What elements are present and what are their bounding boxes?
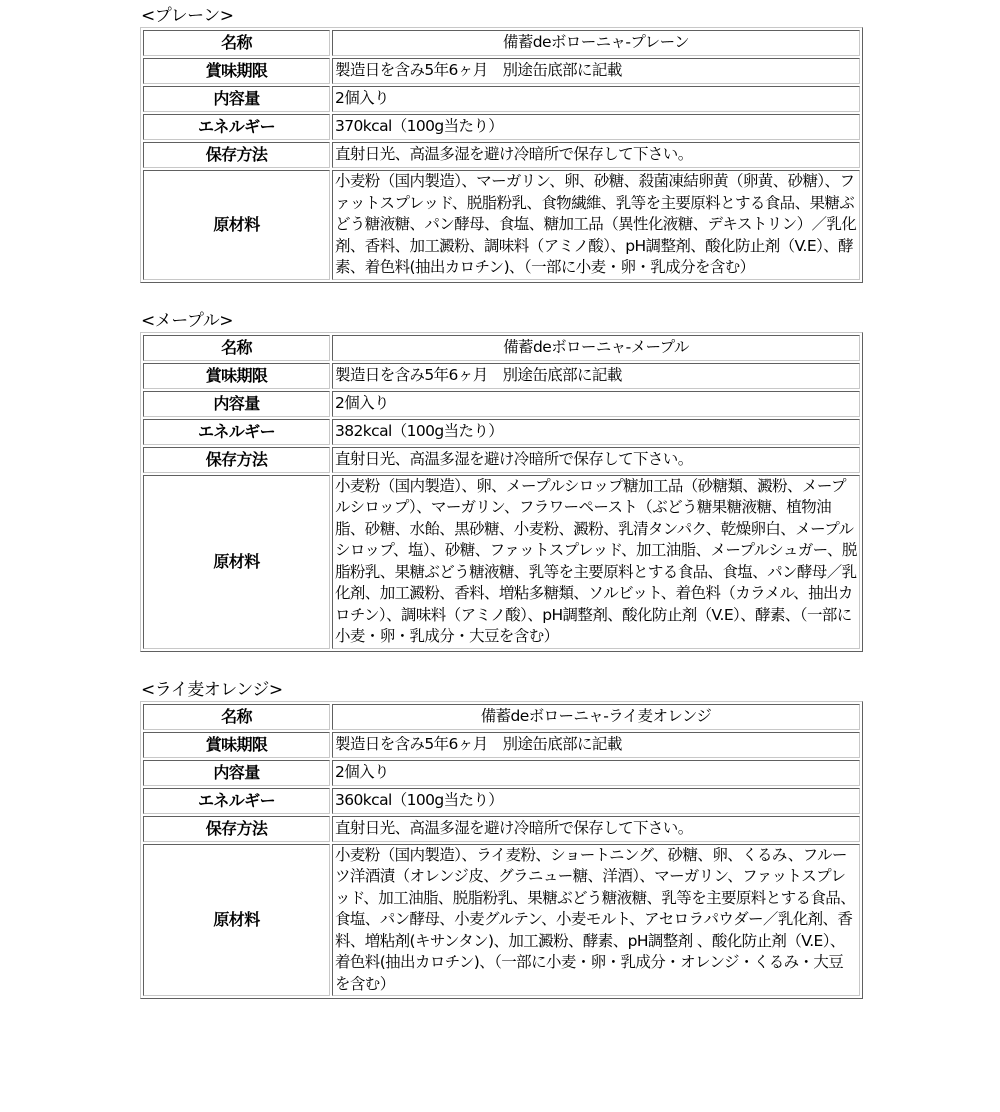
storage-value: 直射日光、高温多湿を避け冷暗所で保存して下さい。 xyxy=(332,816,860,842)
row-ingredients: 原材料 小麦粉（国内製造）、ライ麦粉、ショートニング、砂糖、卵、くるみ、フルーツ… xyxy=(143,844,860,997)
storage-value: 直射日光、高温多湿を避け冷暗所で保存して下さい。 xyxy=(332,142,860,168)
row-storage: 保存方法 直射日光、高温多湿を避け冷暗所で保存して下さい。 xyxy=(143,816,860,842)
row-best-before: 賞味期限 製造日を含み5年6ヶ月 別途缶底部に記載 xyxy=(143,58,860,84)
row-label: 内容量 xyxy=(143,391,330,417)
row-name: 名称 備蓄deボローニャ-プレーン xyxy=(143,30,860,56)
row-label: 保存方法 xyxy=(143,816,330,842)
row-label: 原材料 xyxy=(143,475,330,649)
ingredients-value: 小麦粉（国内製造）、ライ麦粉、ショートニング、砂糖、卵、くるみ、フルーツ洋酒漬（… xyxy=(332,844,860,997)
row-label: 内容量 xyxy=(143,86,330,112)
row-contents: 内容量 2個入り xyxy=(143,391,860,417)
section-title: <メープル> xyxy=(140,311,863,331)
energy-value: 370kcal（100g当たり） xyxy=(332,114,860,140)
row-best-before: 賞味期限 製造日を含み5年6ヶ月 別途缶底部に記載 xyxy=(143,363,860,389)
row-label: エネルギー xyxy=(143,419,330,445)
ingredients-value: 小麦粉（国内製造）、卵、メープルシロップ糖加工品（砂糖類、澱粉、メープルシロップ… xyxy=(332,475,860,649)
row-contents: 内容量 2個入り xyxy=(143,86,860,112)
row-ingredients: 原材料 小麦粉（国内製造）、卵、メープルシロップ糖加工品（砂糖類、澱粉、メープル… xyxy=(143,475,860,649)
row-best-before: 賞味期限 製造日を含み5年6ヶ月 別途缶底部に記載 xyxy=(143,732,860,758)
row-label: 名称 xyxy=(143,335,330,361)
row-label: エネルギー xyxy=(143,114,330,140)
contents-value: 2個入り xyxy=(332,391,860,417)
row-energy: エネルギー 360kcal（100g当たり） xyxy=(143,788,860,814)
section-title: <ライ麦オレンジ> xyxy=(140,680,863,700)
row-contents: 内容量 2個入り xyxy=(143,760,860,786)
row-energy: エネルギー 382kcal（100g当たり） xyxy=(143,419,860,445)
row-storage: 保存方法 直射日光、高温多湿を避け冷暗所で保存して下さい。 xyxy=(143,142,860,168)
product-name: 備蓄deボローニャ-ライ麦オレンジ xyxy=(332,704,860,730)
row-label: 保存方法 xyxy=(143,447,330,473)
best-before-value: 製造日を含み5年6ヶ月 別途缶底部に記載 xyxy=(332,732,860,758)
contents-value: 2個入り xyxy=(332,760,860,786)
row-label: 原材料 xyxy=(143,170,330,280)
row-label: 賞味期限 xyxy=(143,363,330,389)
spec-table: 名称 備蓄deボローニャ-プレーン 賞味期限 製造日を含み5年6ヶ月 別途缶底部… xyxy=(140,27,863,283)
product-name: 備蓄deボローニャ-プレーン xyxy=(332,30,860,56)
ingredients-value: 小麦粉（国内製造）、マーガリン、卵、砂糖、殺菌凍結卵黄（卵黄、砂糖）、ファットス… xyxy=(332,170,860,280)
row-label: 保存方法 xyxy=(143,142,330,168)
section-title: <プレーン> xyxy=(140,6,863,26)
row-label: 名称 xyxy=(143,30,330,56)
spec-table: 名称 備蓄deボローニャ-ライ麦オレンジ 賞味期限 製造日を含み5年6ヶ月 別途… xyxy=(140,701,863,1000)
best-before-value: 製造日を含み5年6ヶ月 別途缶底部に記載 xyxy=(332,363,860,389)
row-ingredients: 原材料 小麦粉（国内製造）、マーガリン、卵、砂糖、殺菌凍結卵黄（卵黄、砂糖）、フ… xyxy=(143,170,860,280)
spec-table: 名称 備蓄deボローニャ-メープル 賞味期限 製造日を含み5年6ヶ月 別途缶底部… xyxy=(140,332,863,652)
row-name: 名称 備蓄deボローニャ-メープル xyxy=(143,335,860,361)
row-label: エネルギー xyxy=(143,788,330,814)
section-rye-orange: <ライ麦オレンジ> 名称 備蓄deボローニャ-ライ麦オレンジ 賞味期限 製造日を… xyxy=(140,680,863,1000)
energy-value: 360kcal（100g当たり） xyxy=(332,788,860,814)
best-before-value: 製造日を含み5年6ヶ月 別途缶底部に記載 xyxy=(332,58,860,84)
energy-value: 382kcal（100g当たり） xyxy=(332,419,860,445)
section-plain: <プレーン> 名称 備蓄deボローニャ-プレーン 賞味期限 製造日を含み5年6ヶ… xyxy=(140,6,863,283)
row-label: 名称 xyxy=(143,704,330,730)
row-energy: エネルギー 370kcal（100g当たり） xyxy=(143,114,860,140)
row-storage: 保存方法 直射日光、高温多湿を避け冷暗所で保存して下さい。 xyxy=(143,447,860,473)
row-name: 名称 備蓄deボローニャ-ライ麦オレンジ xyxy=(143,704,860,730)
product-spec-page: <プレーン> 名称 備蓄deボローニャ-プレーン 賞味期限 製造日を含み5年6ヶ… xyxy=(140,6,863,1027)
storage-value: 直射日光、高温多湿を避け冷暗所で保存して下さい。 xyxy=(332,447,860,473)
section-maple: <メープル> 名称 備蓄deボローニャ-メープル 賞味期限 製造日を含み5年6ヶ… xyxy=(140,311,863,652)
row-label: 内容量 xyxy=(143,760,330,786)
product-name: 備蓄deボローニャ-メープル xyxy=(332,335,860,361)
contents-value: 2個入り xyxy=(332,86,860,112)
row-label: 原材料 xyxy=(143,844,330,997)
row-label: 賞味期限 xyxy=(143,58,330,84)
row-label: 賞味期限 xyxy=(143,732,330,758)
